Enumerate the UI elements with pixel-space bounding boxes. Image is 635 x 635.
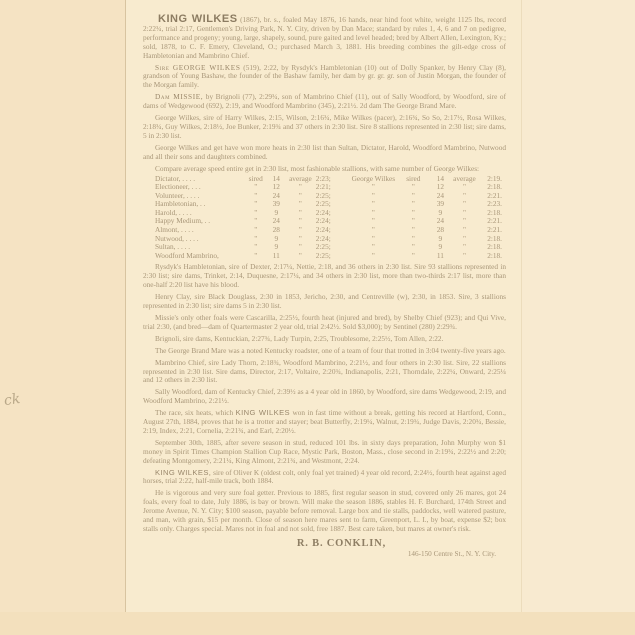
- cell-count: 11: [268, 252, 290, 261]
- cell-sired: ": [248, 209, 268, 218]
- cell-gw-avg: ": [453, 252, 480, 261]
- cell-avg: ": [289, 217, 316, 226]
- brignoli-paragraph: Brignoli, sire dams, Kentuckian, 2:27¾, …: [143, 335, 506, 344]
- george-wilkes-sire-paragraph: George Wilkes, sire of Harry Wilkes, 2:1…: [143, 114, 506, 141]
- right-margin: [520, 0, 635, 635]
- oliver-keyword: KING WILKES,: [155, 468, 211, 477]
- cell-count: 9: [268, 235, 290, 244]
- cell-gw-sired: ": [399, 235, 432, 244]
- cell-avg: ": [289, 200, 316, 209]
- sire-label: Sire GEORGE WILKES: [155, 63, 241, 72]
- brand-mare-paragraph: The George Brand Mare was a noted Kentuc…: [143, 347, 506, 356]
- cell-name: Woodford Mambrino,: [155, 252, 248, 261]
- mambrino-paragraph: Mambrino Chief, sire Lady Thorn, 2:18¾, …: [143, 359, 506, 386]
- cell-sired: ": [248, 226, 268, 235]
- table-row: Woodford Mambrino,"11"2:25;""11"2:18.: [155, 252, 506, 261]
- rysdyk-paragraph: Rysdyk's Hambletonian, sire of Dexter, 2…: [143, 263, 506, 290]
- cell-gw-avg: ": [453, 226, 480, 235]
- cell-sired: ": [248, 183, 268, 192]
- vigorous-paragraph: He is vigorous and very sure foal getter…: [143, 489, 506, 534]
- cell-gw: ": [352, 226, 399, 235]
- cell-gw: ": [352, 243, 399, 252]
- cell-gw-sired: ": [399, 209, 432, 218]
- intro-paragraph: KING WILKES (1867), br. s., foaled May 1…: [143, 15, 506, 61]
- race-keyword: KING WILKES: [236, 408, 290, 417]
- cell-sired: sired: [248, 175, 268, 184]
- race-paragraph: The race, six heats, which KING WILKES w…: [143, 409, 506, 436]
- cell-gw-sired: ": [399, 252, 432, 261]
- cell-avg: ": [289, 192, 316, 201]
- cell-avg: ": [289, 243, 316, 252]
- cell-gw: ": [352, 192, 399, 201]
- cell-sired: ": [248, 200, 268, 209]
- cell-gw: ": [352, 183, 399, 192]
- george-wilkes-get-paragraph: George Wilkes and get have won more heat…: [143, 144, 506, 162]
- cell-gw-count: 9: [432, 235, 454, 244]
- address: 146-150 Centre St., N. Y. City.: [143, 550, 506, 559]
- left-margin: [0, 0, 125, 635]
- cell-gw-count: 11: [432, 252, 454, 261]
- cell-gw-count: 39: [432, 200, 454, 209]
- cell-gw-avg: ": [453, 209, 480, 218]
- cell-gw-sired: ": [399, 192, 432, 201]
- cell-gw: George Wilkes: [352, 175, 399, 184]
- document-body: KING WILKES (1867), br. s., foaled May 1…: [143, 15, 506, 559]
- cell-gw: ": [352, 200, 399, 209]
- margin-handwriting: ck: [3, 391, 21, 409]
- cell-gw: ": [352, 209, 399, 218]
- sire-paragraph: Sire GEORGE WILKES (519), 2:22, by Rysdy…: [143, 64, 506, 91]
- cell-gw-avg: average: [453, 175, 480, 184]
- cell-avg: ": [289, 183, 316, 192]
- cell-gw-avg: ": [453, 192, 480, 201]
- cell-sired: ": [248, 192, 268, 201]
- cell-sired: ": [248, 217, 268, 226]
- cell-sired: ": [248, 235, 268, 244]
- cell-count: 39: [268, 200, 290, 209]
- cell-avg: ": [289, 226, 316, 235]
- race-text-pre: The race, six heats, which: [155, 408, 233, 417]
- bottom-margin: [0, 612, 635, 635]
- cell-gw-sired: ": [399, 226, 432, 235]
- compare-paragraph: Compare average speed entire get in 2:30…: [143, 165, 506, 174]
- cell-count: 28: [268, 226, 290, 235]
- cell-avg: ": [289, 252, 316, 261]
- cell-avg: average: [289, 175, 316, 184]
- henry-clay-paragraph: Henry Clay, sire Black Douglass, 2:30 in…: [143, 293, 506, 311]
- cell-gw-avg: ": [453, 217, 480, 226]
- cell-gw: ": [352, 235, 399, 244]
- sally-woodford-paragraph: Sally Woodford, dam of Kentucky Chief, 2…: [143, 388, 506, 406]
- comparison-table: Dictator, . . . .sired14average2:23;Geor…: [155, 175, 506, 261]
- september-paragraph: September 30th, 1885, after severe seaso…: [143, 439, 506, 466]
- cell-gw-sired: ": [399, 200, 432, 209]
- cell-avg: ": [289, 235, 316, 244]
- cell-gw-time: 2:18.: [480, 252, 506, 261]
- signature: R. B. CONKLIN,: [143, 540, 506, 549]
- cell-gw-avg: ": [453, 235, 480, 244]
- cell-sired: ": [248, 252, 268, 261]
- cell-gw-count: 28: [432, 226, 454, 235]
- dam-paragraph: Dam MISSIE, by Brignoli (77), 2:29¾, son…: [143, 93, 506, 111]
- oliver-paragraph: KING WILKES, sire of Oliver K (oldest co…: [143, 469, 506, 487]
- cell-gw-avg: ": [453, 183, 480, 192]
- missie-paragraph: Missie's only other foals were Cascarill…: [143, 314, 506, 332]
- cell-time: 2:25;: [316, 252, 352, 261]
- cell-gw: ": [352, 252, 399, 261]
- dam-label: Dam MISSIE,: [155, 92, 203, 101]
- cell-gw-sired: ": [399, 183, 432, 192]
- cell-gw-avg: ": [453, 243, 480, 252]
- cell-gw-avg: ": [453, 200, 480, 209]
- cell-gw: ": [352, 217, 399, 226]
- cell-sired: ": [248, 243, 268, 252]
- cell-gw-sired: ": [399, 217, 432, 226]
- cell-avg: ": [289, 209, 316, 218]
- cell-gw-sired: sired: [399, 175, 432, 184]
- cell-gw-sired: ": [399, 243, 432, 252]
